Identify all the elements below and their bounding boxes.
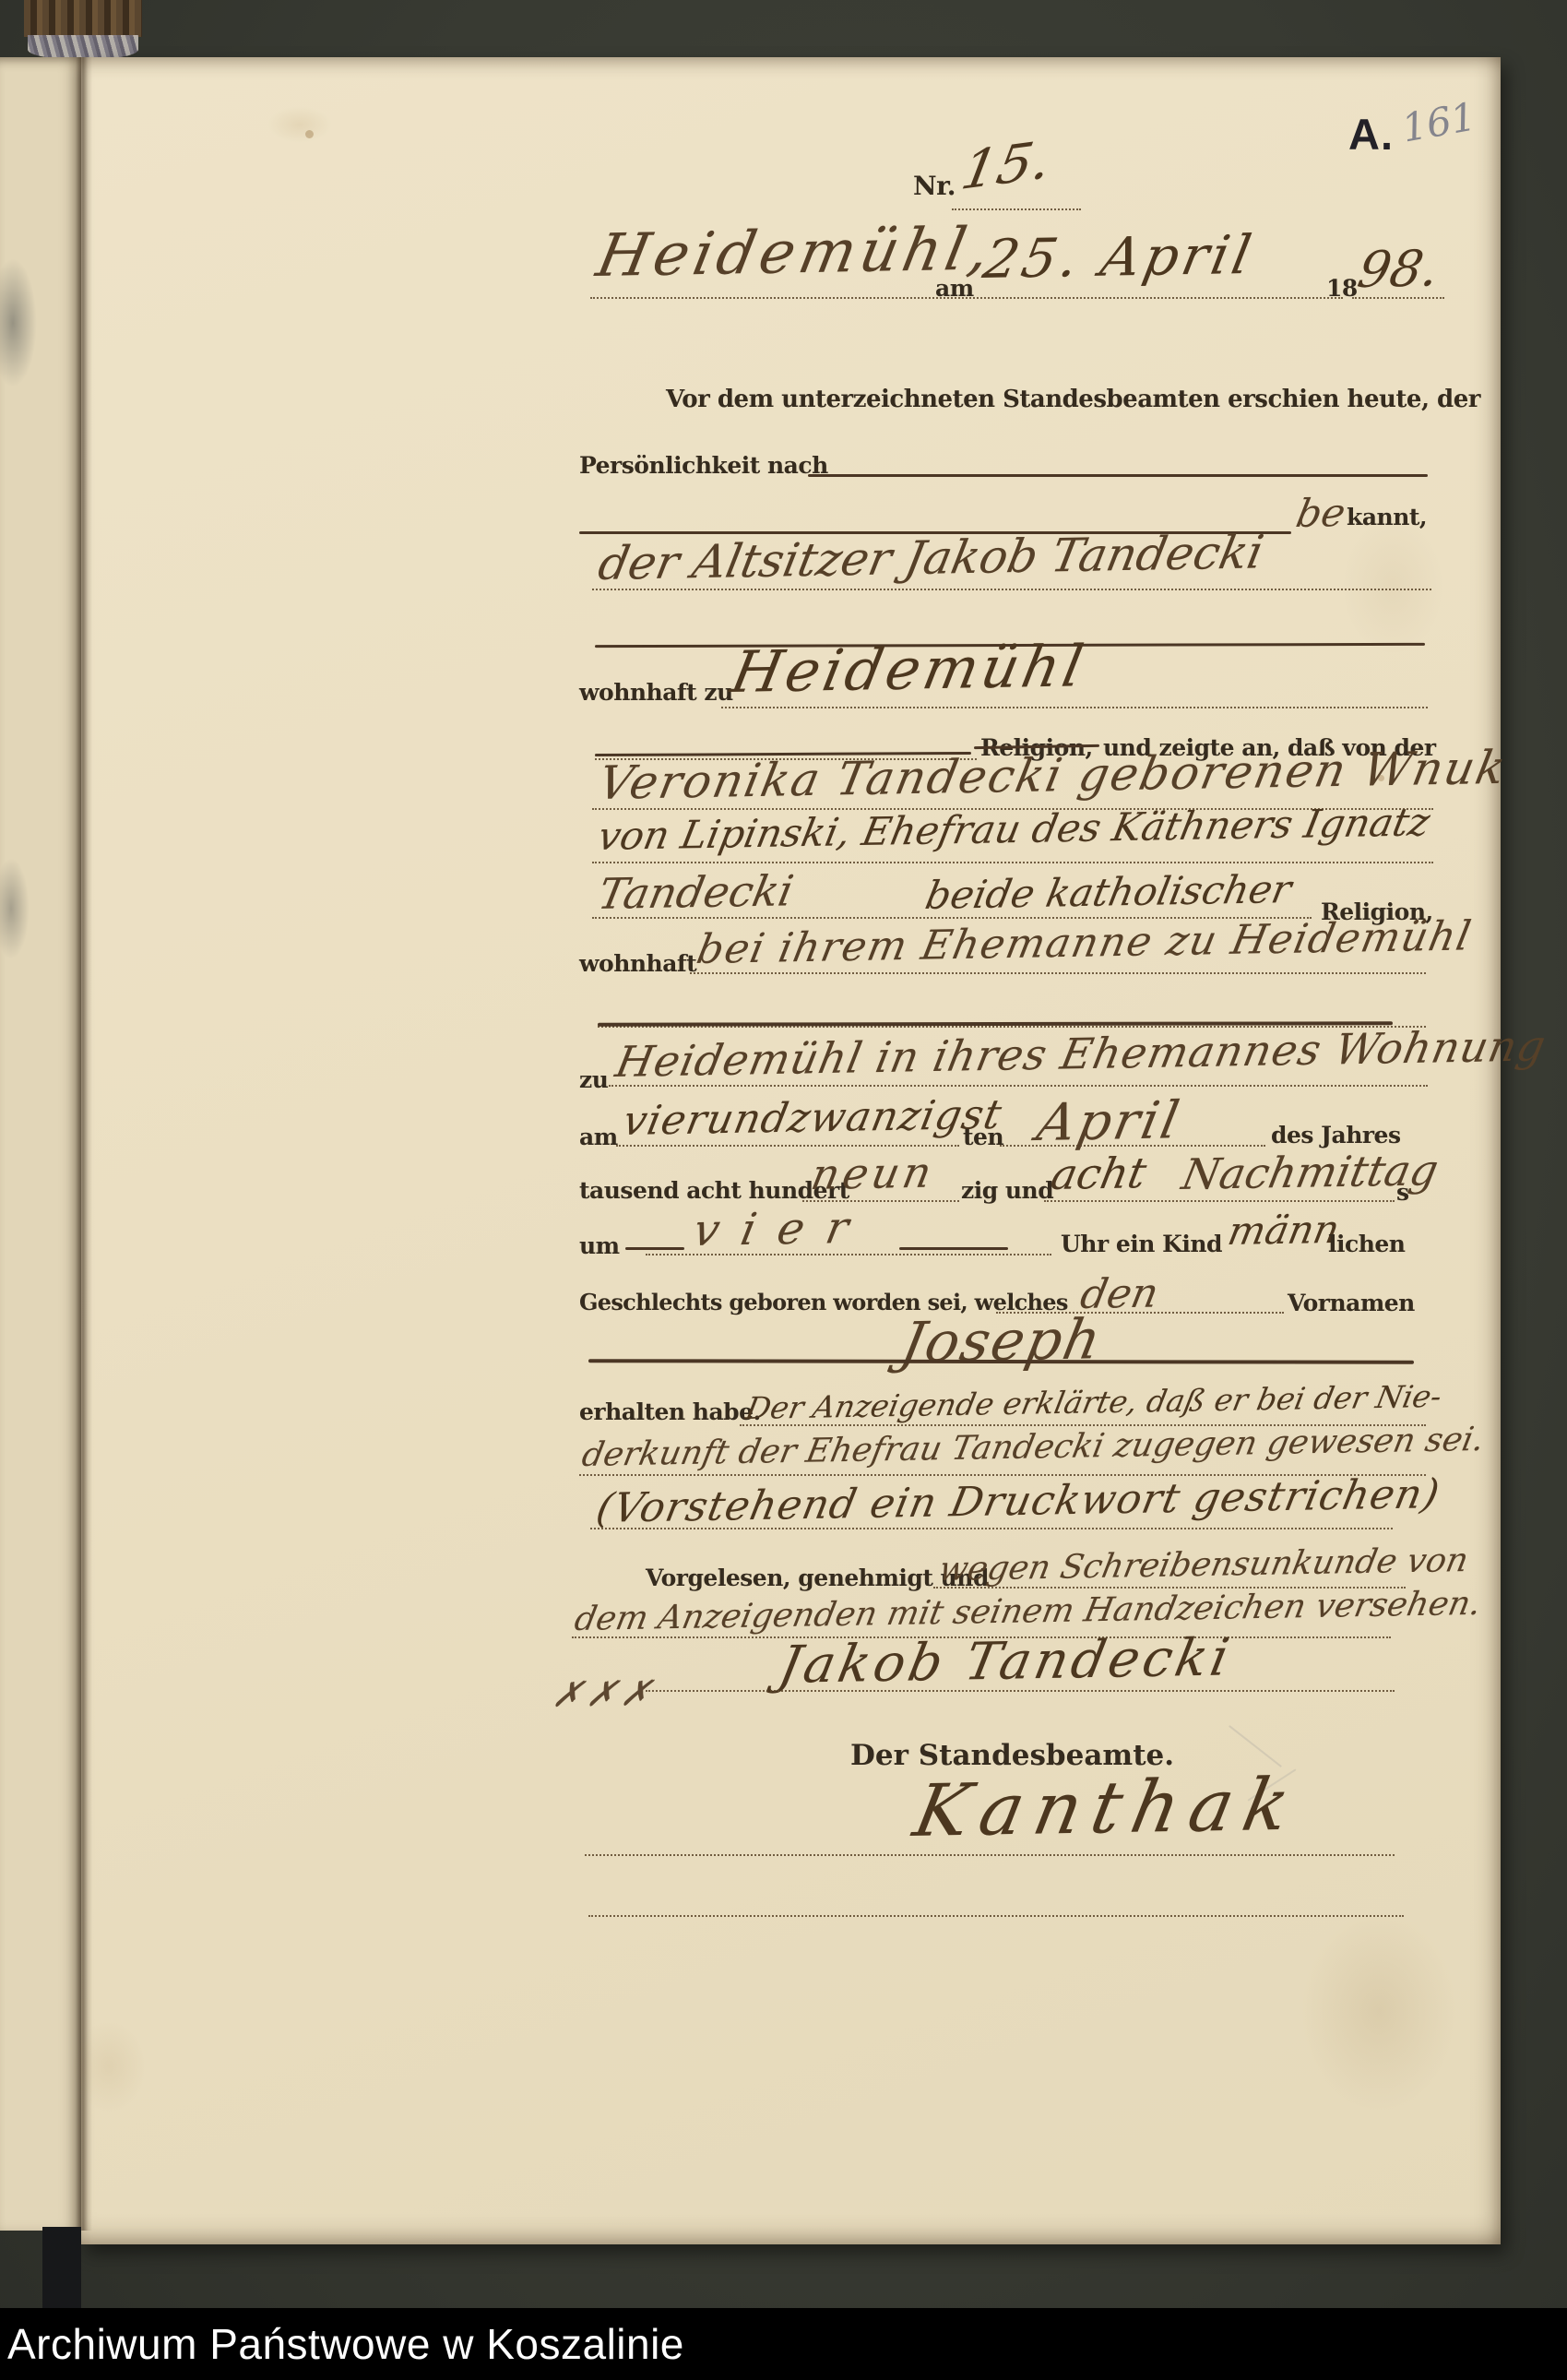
nr-value: 15. [957,133,1055,197]
day-value: vierundzwanzigst [620,1095,1005,1142]
handzeichen-marks: ✗✗✗ [550,1675,659,1712]
am-label2: am [579,1125,618,1148]
ten-label: ten [963,1125,1003,1148]
ruled-line [616,1145,959,1147]
residence-value: Heidemühl [727,637,1091,701]
month-value: April [1033,1095,1185,1149]
mother-line3: Tandecki [595,869,797,915]
s-label: s [1396,1181,1409,1204]
ruled-line [1000,1145,1265,1147]
ruled-line [588,1915,1404,1917]
declarant-line: der Altsitzer Jakob Tandecki [595,530,1267,587]
both-value: beide katholischer [922,870,1295,915]
vornamen-label: Vornamen [1288,1291,1415,1315]
binding-shadow-bottom [42,2227,81,2310]
kannt-label: kannt, [1347,506,1427,529]
zig-und-label: zig und [961,1179,1053,1202]
scanned-register-page: A. 161 Nr. 15. Heidemühl, am 25. April 1… [0,0,1567,2380]
ruled-line [690,972,1426,974]
ruled-line [721,707,1428,708]
ruled-line [590,297,1343,299]
book-spine-fragment [24,0,142,37]
unit-value: acht [1048,1151,1150,1196]
ruled-line [1044,1200,1395,1202]
ruled-line [646,1254,1051,1255]
closing-line1: wegen Schreibensunkunde von [936,1544,1471,1587]
book-headband [28,35,138,59]
nr-label: Nr. [913,173,956,199]
filled-line [808,474,1428,477]
wohnhaft-zu-label: wohnhaft zu [579,681,733,704]
binding-gutter-shadow [76,57,92,2231]
ruled-line [952,208,1081,210]
date-value: 25. April [979,228,1259,286]
page-stack-edge [0,57,81,2231]
uhr-label: Uhr ein Kind [1061,1232,1222,1255]
lichen-label: lichen [1328,1232,1405,1255]
um-label: um [579,1234,620,1257]
registrar-signature: Kanthak [908,1769,1306,1848]
wohnhaft-label: wohnhaft [579,952,696,975]
ruled-line [585,1854,1395,1856]
intro-line2: Persönlichkeit nach [579,454,828,477]
erhalten-label: erhalten habe. [579,1400,761,1423]
zu-label: zu [579,1068,608,1091]
ruled-line [592,862,1433,863]
be-value: be [1293,494,1348,533]
series-stamp: A. [1348,109,1394,160]
signer-name: Jakob Tandecki [775,1632,1236,1692]
ruled-line [592,589,1431,590]
gender-value: männ [1225,1210,1343,1251]
archive-watermark-bar: Archiwum Państwowe w Koszalinie [0,2308,1567,2380]
decade-value: neun [808,1151,939,1196]
ruled-line [1352,297,1444,299]
hour-value: vier [690,1206,874,1253]
ruled-line [646,1690,1395,1692]
hand-drawn-dash [899,1247,1008,1250]
ruled-line [609,1085,1428,1087]
archive-name: Archiwum Państwowe w Koszalinie [0,2319,684,2369]
hand-drawn-dash [625,1247,684,1250]
intro-line1: Vor dem unterzeichneten Standesbeamten e… [666,387,1480,411]
year-value: 98. [1354,244,1443,295]
des-jahres-label: des Jahres [1271,1124,1401,1147]
ruled-line [590,1528,1393,1529]
